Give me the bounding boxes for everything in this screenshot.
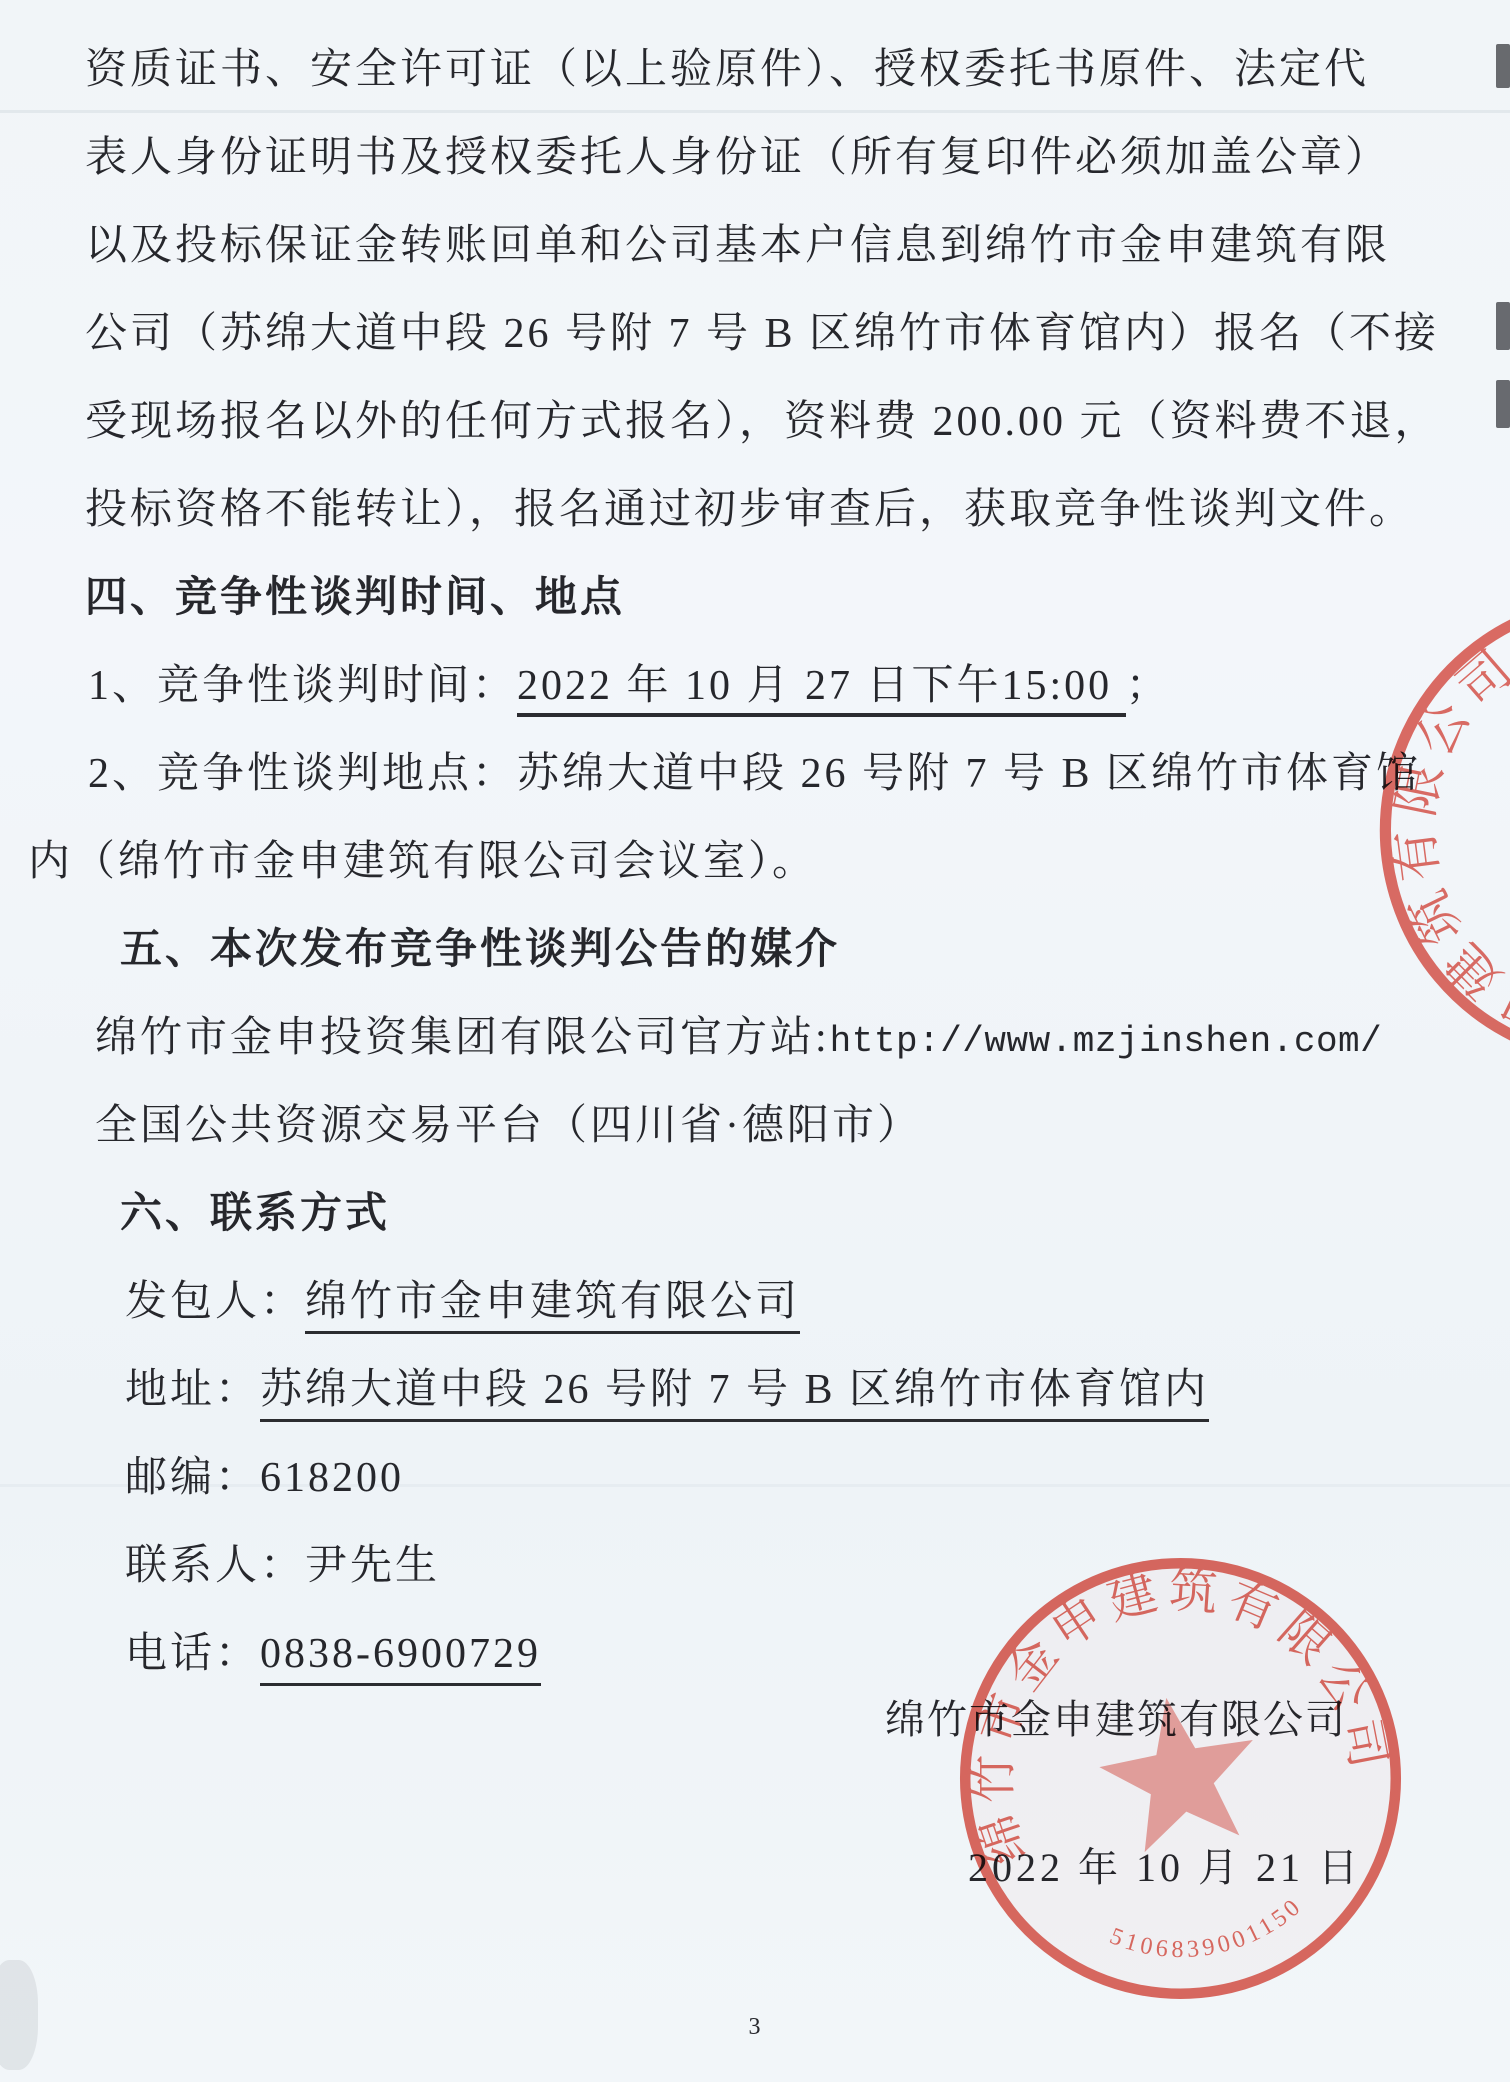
section4-item2-line1: 2、竞争性谈判地点：苏绵大道中段 26 号附 7 号 B 区绵竹市体育馆: [88, 750, 1421, 798]
contact-label: 联系人：: [125, 1543, 305, 1589]
scan-artifact: [1496, 302, 1510, 350]
section4-item1: 1、竞争性谈判时间：2022 年 10 月 27 日下午15:00 ；: [88, 662, 1171, 710]
phone-line: 电话：0838-6900729: [125, 1630, 541, 1678]
phone-label: 电话：: [125, 1631, 260, 1677]
signature-company: 绵竹市金申建筑有限公司: [885, 1697, 1347, 1743]
body-line: 以及投标保证金转账回单和公司基本户信息到绵竹市金申建筑有限: [85, 222, 1390, 270]
section5-media2: 全国公共资源交易平台（四川省·德阳市）: [95, 1102, 922, 1150]
body-line: 投标资格不能转让），报名通过初步审查后，获取竞争性谈判文件。: [85, 486, 1414, 534]
employer-line: 发包人：绵竹市金申建筑有限公司: [125, 1278, 800, 1326]
body-line: 资质证书、安全许可证（以上验原件）、授权委托书原件、法定代: [85, 46, 1369, 94]
body-line: 受现场报名以外的任何方式报名），资料费 200.00 元（资料费不退，: [85, 398, 1440, 446]
section4-item2-line2: 内（绵竹市金申建筑有限公司会议室）。: [28, 838, 817, 886]
item1-prefix: 1、竞争性谈判时间：: [88, 663, 517, 709]
scan-band: [0, 110, 1510, 113]
employer-value: 绵竹市金申建筑有限公司: [305, 1279, 800, 1334]
phone-value: 0838-6900729: [260, 1631, 541, 1686]
seal-arc-text: 绵竹市金申建筑有限公司: [1293, 616, 1510, 1152]
address-label: 地址：: [125, 1367, 260, 1413]
body-line: 公司（苏绵大道中段 26 号附 7 号 B 区绵竹市体育馆内）报名（不接: [85, 310, 1439, 358]
partial-company-seal-icon: 绵竹市金申建筑有限公司 5106839001150: [1221, 436, 1510, 1225]
section5-heading: 五、本次发布竞争性谈判公告的媒介: [120, 926, 840, 974]
scan-artifact: [1496, 44, 1510, 88]
zip-line: 邮编：618200: [125, 1454, 404, 1502]
section5-media1: 绵竹市金申投资集团有限公司官方站:http://www.mzjinshen.co…: [95, 1014, 1382, 1062]
page-number: 3: [0, 2014, 1510, 2041]
contact-line: 联系人：尹先生: [125, 1542, 440, 1590]
section6-heading: 六、联系方式: [120, 1190, 390, 1238]
address-line: 地址：苏绵大道中段 26 号附 7 号 B 区绵竹市体育馆内: [125, 1366, 1209, 1414]
scanned-document-page: 资质证书、安全许可证（以上验原件）、授权委托书原件、法定代 表人身份证明书及授权…: [0, 0, 1510, 2082]
scan-smudge: [0, 1960, 38, 2070]
zip-value: 618200: [260, 1455, 404, 1501]
seal-star-icon: [1495, 721, 1510, 950]
seal-serial: 5106839001150: [1102, 1889, 1314, 1978]
zip-label: 邮编：: [125, 1455, 260, 1501]
company-seal-icon: 绵竹市金申建筑有限公司 5106839001150: [876, 1474, 1484, 2082]
signature-date: 2022 年 10 月 21 日: [968, 1845, 1362, 1891]
media1-label: 绵竹市金申投资集团有限公司官方站:: [95, 1015, 830, 1061]
employer-label: 发包人：: [125, 1279, 305, 1325]
address-value: 苏绵大道中段 26 号附 7 号 B 区绵竹市体育馆内: [260, 1367, 1209, 1422]
body-line: 表人身份证明书及授权委托人身份证（所有复印件必须加盖公章）: [85, 134, 1390, 182]
scan-artifact: [1496, 380, 1510, 428]
item1-suffix: ；: [1126, 663, 1171, 709]
seal-ring: [931, 1529, 1430, 2028]
section4-heading: 四、竞争性谈判时间、地点: [85, 574, 625, 622]
official-site-url: http://www.mzjinshen.com/: [830, 1021, 1383, 1062]
negotiation-time-value: 2022 年 10 月 27 日下午15:00: [517, 663, 1126, 717]
contact-value: 尹先生: [305, 1543, 440, 1589]
